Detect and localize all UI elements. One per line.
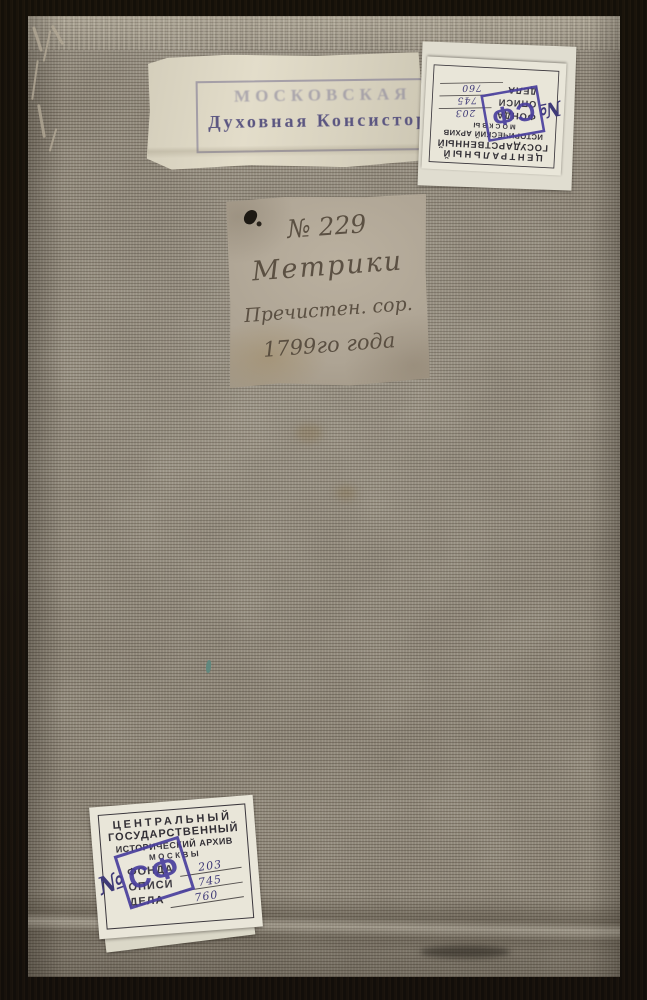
- delo-value: 760: [440, 82, 503, 93]
- archive-label-bottom: ЦЕНТРАЛЬНЫЙ ГОСУДАРСТВЕННЫЙ ИСТОРИЧЕСКИЙ…: [89, 795, 263, 939]
- stain-spot: [296, 424, 322, 442]
- photo-backdrop: МОСКОВСКАЯ Духовная Консистория ЦЕНТРАЛЬ…: [0, 0, 647, 1000]
- dark-smudge: [420, 946, 510, 958]
- archive-label-top: ЦЕНТРАЛЬНЫЙ ГОСУДАРСТВЕННЫЙ ИСТОРИЧЕСКИЙ…: [421, 56, 566, 175]
- title-metrika: Метрики: [227, 244, 429, 290]
- title-label: № 229 Метрики Пречистен. сор. 1799го год…: [226, 194, 430, 388]
- title-year: 1799го года: [229, 326, 430, 365]
- label-fold-line: [145, 52, 423, 170]
- sf-stamp: СФ: [480, 85, 545, 142]
- consistory-label: МОСКОВСКАЯ Духовная Консистория: [145, 52, 423, 170]
- title-sorok: Пречистен. сор.: [228, 292, 429, 329]
- stain-spot: [336, 486, 356, 500]
